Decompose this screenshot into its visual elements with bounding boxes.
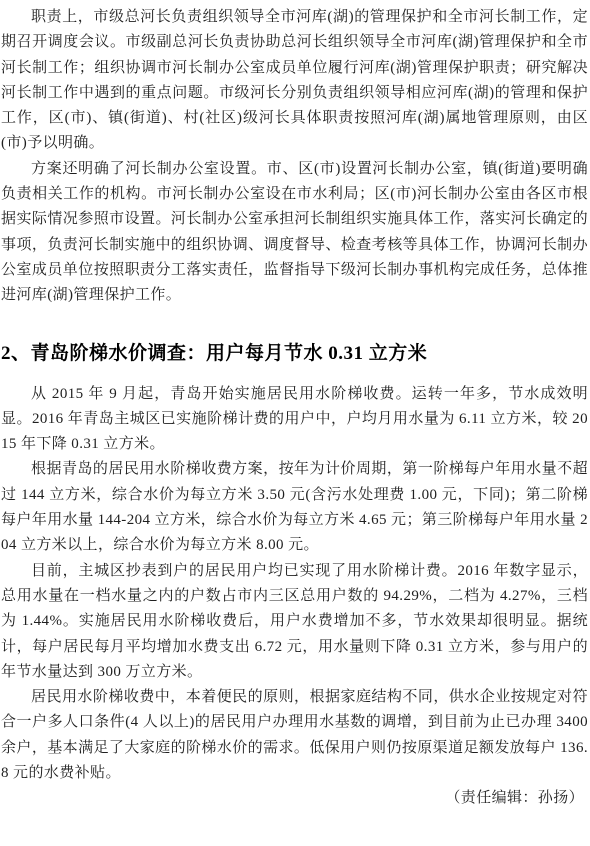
editor-credit: （责任编辑：孙扬） bbox=[1, 786, 588, 811]
paragraph-family-base-adjustment: 居民用水阶梯收费中，本着便民的原则，根据家庭结构不同，供水企业按规定对符合一户多… bbox=[1, 685, 588, 786]
paragraph-water-saving-overview: 从 2015 年 9 月起，青岛开始实施居民用水阶梯收费。运转一年多，节水成效明… bbox=[1, 382, 588, 458]
paragraph-tier-usage-statistics: 目前，主城区抄表到户的居民用户均已实现了用水阶梯计费。2016 年数字显示，总用… bbox=[1, 559, 588, 685]
section-heading-qingdao-water-price: 2、青岛阶梯水价调查：用户每月节水 0.31 立方米 bbox=[1, 340, 588, 368]
document-page: 职责上，市级总河长负责组织领导全市河库(湖)的管理保护和全市河长制工作，定期召开… bbox=[0, 0, 590, 846]
paragraph-river-chief-office: 方案还明确了河长制办公室设置。市、区(市)设置河长制办公室，镇(街道)要明确负责… bbox=[1, 157, 588, 309]
paragraph-tier-pricing-scheme: 根据青岛的居民用水阶梯收费方案，按年为计价周期，第一阶梯每户年用水量不超过 14… bbox=[1, 457, 588, 558]
paragraph-river-chief-duties: 职责上，市级总河长负责组织领导全市河库(湖)的管理保护和全市河长制工作，定期召开… bbox=[1, 5, 588, 157]
